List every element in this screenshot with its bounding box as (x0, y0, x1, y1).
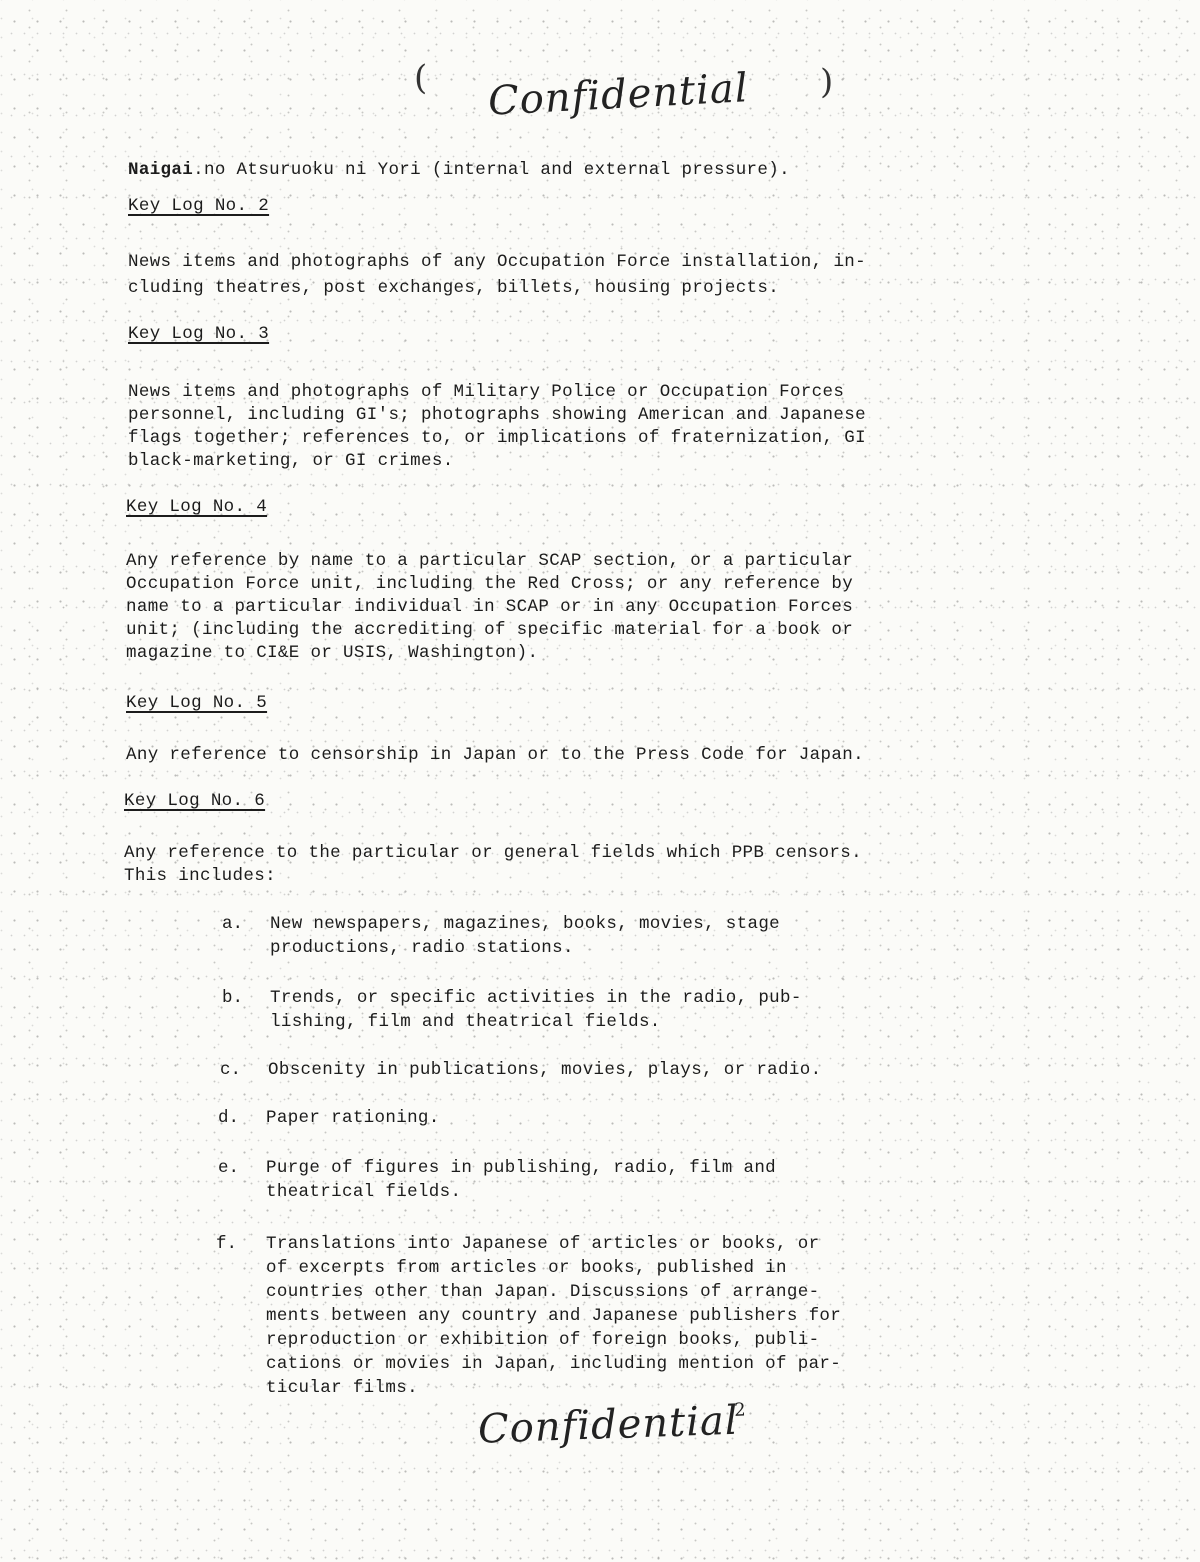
list-item-line: Obscenity in publications, movies, plays… (268, 1060, 821, 1080)
intro-text: .no Atsuruoku ni Yori (internal and exte… (193, 160, 790, 180)
list-item-line: Purge of figures in publishing, radio, f… (266, 1158, 776, 1178)
list-item-line: Trends, or specific activities in the ra… (270, 988, 802, 1008)
section-3-line: flags together; references to, or implic… (128, 428, 866, 448)
confidential-stamp-top: Confidential (487, 65, 750, 125)
page-number: 2 (734, 1399, 747, 1420)
list-item-line: of excerpts from articles or books, publ… (266, 1258, 787, 1278)
section-heading-6: Key Log No. 6 (124, 791, 265, 811)
section-3-line: News items and photographs of Military P… (128, 382, 844, 402)
list-item-line: productions, radio stations. (270, 938, 574, 958)
list-item-line: lishing, film and theatrical fields. (270, 1012, 661, 1032)
stamp-bracket-right: ) (820, 62, 833, 102)
stamp-bracket-left: ( (414, 58, 427, 98)
intro-term: Naigai (128, 160, 193, 180)
section-5-line: Any reference to censorship in Japan or … (126, 745, 864, 765)
list-item-line: reproduction or exhibition of foreign bo… (266, 1330, 819, 1350)
section-3-line: black-marketing, or GI crimes. (128, 451, 454, 471)
list-item-line: ticular films. (266, 1378, 418, 1398)
section-4-line: Occupation Force unit, including the Red… (126, 574, 853, 594)
section-3-line: personnel, including GI's; photographs s… (128, 405, 866, 425)
section-heading-5: Key Log No. 5 (126, 693, 267, 713)
section-4-line: magazine to CI&E or USIS, Washington). (126, 643, 538, 663)
list-item-line: New newspapers, magazines, books, movies… (270, 914, 780, 934)
section-2-line: News items and photographs of any Occupa… (128, 252, 866, 272)
intro-line: Naigai.no Atsuruoku ni Yori (internal an… (128, 160, 790, 180)
list-item-line: Paper rationing. (266, 1108, 440, 1128)
section-2-line: cluding theatres, post exchanges, billet… (128, 278, 779, 298)
section-heading-4: Key Log No. 4 (126, 497, 267, 517)
section-4-line: name to a particular individual in SCAP … (126, 597, 853, 617)
list-item-letter: d. (218, 1108, 239, 1128)
list-item-line: theatrical fields. (266, 1182, 461, 1202)
section-6-line: This includes: (124, 866, 276, 886)
list-item-letter: c. (220, 1060, 241, 1080)
section-heading-2: Key Log No. 2 (128, 196, 269, 216)
paper-speckle-texture (0, 0, 1200, 1562)
section-6-line: Any reference to the particular or gener… (124, 843, 862, 863)
section-4-line: Any reference by name to a particular SC… (126, 551, 853, 571)
section-heading-3: Key Log No. 3 (128, 324, 269, 344)
list-item-line: countries other than Japan. Discussions … (266, 1282, 819, 1302)
confidential-stamp-bottom-text: Confidential (477, 1398, 739, 1453)
list-item-letter: e. (218, 1158, 239, 1178)
list-item-letter: f. (216, 1234, 237, 1254)
list-item-line: cations or movies in Japan, including me… (266, 1354, 841, 1374)
confidential-stamp-bottom: Confidential2 (477, 1397, 751, 1453)
list-item-line: ments between any country and Japanese p… (266, 1306, 841, 1326)
list-item-line: Translations into Japanese of articles o… (266, 1234, 819, 1254)
section-4-line: unit; (including the accrediting of spec… (126, 620, 853, 640)
list-item-letter: b. (222, 988, 243, 1008)
list-item-letter: a. (222, 914, 243, 934)
